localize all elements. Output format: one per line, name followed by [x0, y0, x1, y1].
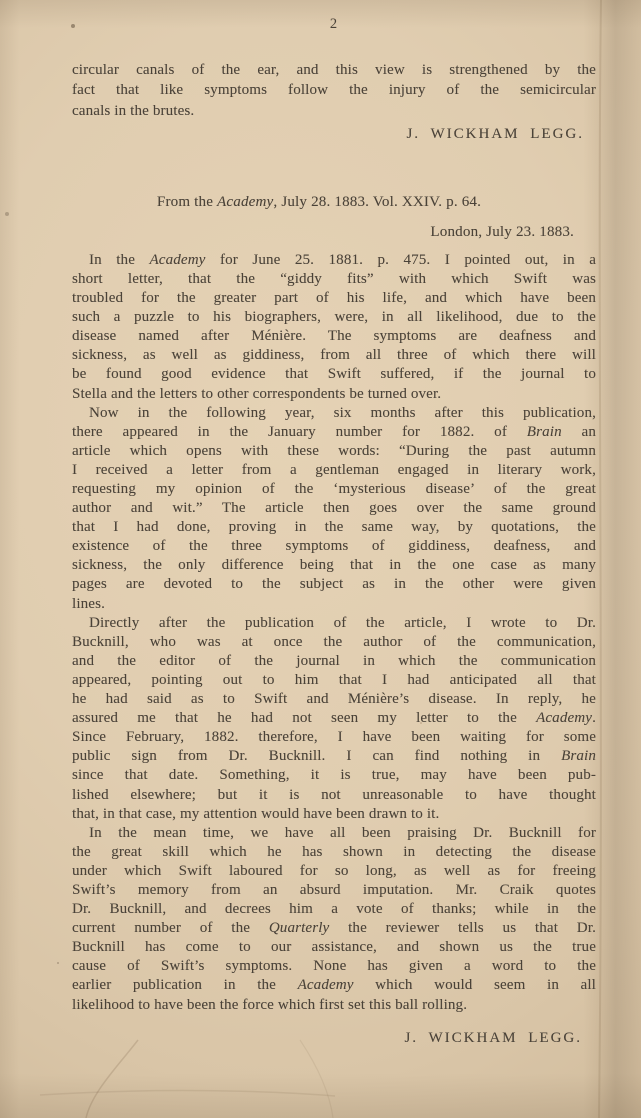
text-line: the great skill which he has shown in de…: [72, 843, 596, 862]
text-line: troubled for the greater part of his lif…: [72, 289, 596, 308]
text-line: lines.: [72, 595, 596, 614]
text-line: article which opens with these words: “D…: [72, 442, 596, 461]
text-line: Now in the following year, six months af…: [72, 404, 596, 423]
text-line: he had said as to Swift and Ménière’s di…: [72, 690, 596, 709]
text-line: current number of the Quarterly the revi…: [72, 919, 596, 938]
text-line: sickness, as well as giddiness, from all…: [72, 346, 596, 365]
text-line: such a puzzle to his biographers, were, …: [72, 308, 596, 327]
text-line: In the mean time, we have all been prais…: [72, 824, 596, 843]
continuation-paragraph: circular canals of the ear, and this vie…: [72, 60, 596, 121]
text-line: likelihood to have been the force which …: [72, 996, 596, 1015]
text-line: fact that like symptoms follow the injur…: [72, 80, 596, 100]
paragraph: In the Academy for June 25. 1881. p. 475…: [72, 251, 596, 404]
text-line: be found good evidence that Swift suffer…: [72, 365, 596, 384]
closing-signature: J. WICKHAM LEGG.: [72, 1028, 596, 1048]
text-line: Dr. Bucknill, and decrees him a vote of …: [72, 900, 596, 919]
text-line: public sign from Dr. Bucknill. I can fin…: [72, 747, 596, 766]
text-line: Bucknill, who was at once the author of …: [72, 633, 596, 652]
paragraph: In the mean time, we have all been prais…: [72, 824, 596, 1015]
text-line: Swift’s memory from an absurd imputation…: [72, 881, 596, 900]
text-line: existence of the three symptoms of giddi…: [72, 537, 596, 556]
text-line: canals in the brutes.: [72, 101, 596, 121]
text-line: requesting my opinion of the ‘mysterious…: [72, 480, 596, 499]
text-line: In the Academy for June 25. 1881. p. 475…: [72, 251, 596, 270]
paper-specks: [0, 0, 2, 2]
text-line: circular canals of the ear, and this vie…: [72, 60, 596, 80]
text-line: I received a letter from a gentleman eng…: [72, 461, 596, 480]
page-number: 2: [72, 14, 596, 34]
signature: J. WICKHAM LEGG.: [72, 124, 596, 144]
scanned-book-page: 2 circular canals of the ear, and this v…: [0, 0, 641, 1118]
text-line: lished elsewhere; but it is not unreason…: [72, 786, 596, 805]
text-line: disease named after Ménière. The symptom…: [72, 327, 596, 346]
text-line: appeared, pointing out to him that I had…: [72, 671, 596, 690]
paragraph: Directly after the publication of the ar…: [72, 614, 596, 824]
text-line: and the editor of the journal in which t…: [72, 652, 596, 671]
dateline: London, July 23. 1883.: [72, 222, 596, 242]
source-citation: From the Academy, July 28. 1883. Vol. XX…: [72, 192, 596, 212]
text-line: assured me that he had not seen my lette…: [72, 709, 596, 728]
text-line: short letter, that the “giddy fits” with…: [72, 270, 596, 289]
text-line: cause of Swift’s symptoms. None has give…: [72, 957, 596, 976]
text-line: Since February, 1882. therefore, I have …: [72, 728, 596, 747]
text-line: pages are devoted to the subject as in t…: [72, 575, 596, 594]
paragraph: Now in the following year, six months af…: [72, 404, 596, 614]
text-line: earlier publication in the Academy which…: [72, 976, 596, 995]
text-line: under which Swift laboured for so long, …: [72, 862, 596, 881]
text-line: sickness, the only difference being that…: [72, 556, 596, 575]
text-line: author and wit.” The article then goes o…: [72, 499, 596, 518]
text-line: Directly after the publication of the ar…: [72, 614, 596, 633]
text-line: that I had done, proving in the same way…: [72, 518, 596, 537]
text-line: that, in that case, my attention would h…: [72, 805, 596, 824]
text-line: Stella and the letters to other correspo…: [72, 385, 596, 404]
letter-body: In the Academy for June 25. 1881. p. 475…: [72, 251, 596, 1015]
text-line: since that date. Something, it is true, …: [72, 766, 596, 785]
text-line: there appeared in the January number for…: [72, 423, 596, 442]
text-line: Bucknill has come to our assistance, and…: [72, 938, 596, 957]
text-column: 2 circular canals of the ear, and this v…: [72, 14, 596, 1048]
